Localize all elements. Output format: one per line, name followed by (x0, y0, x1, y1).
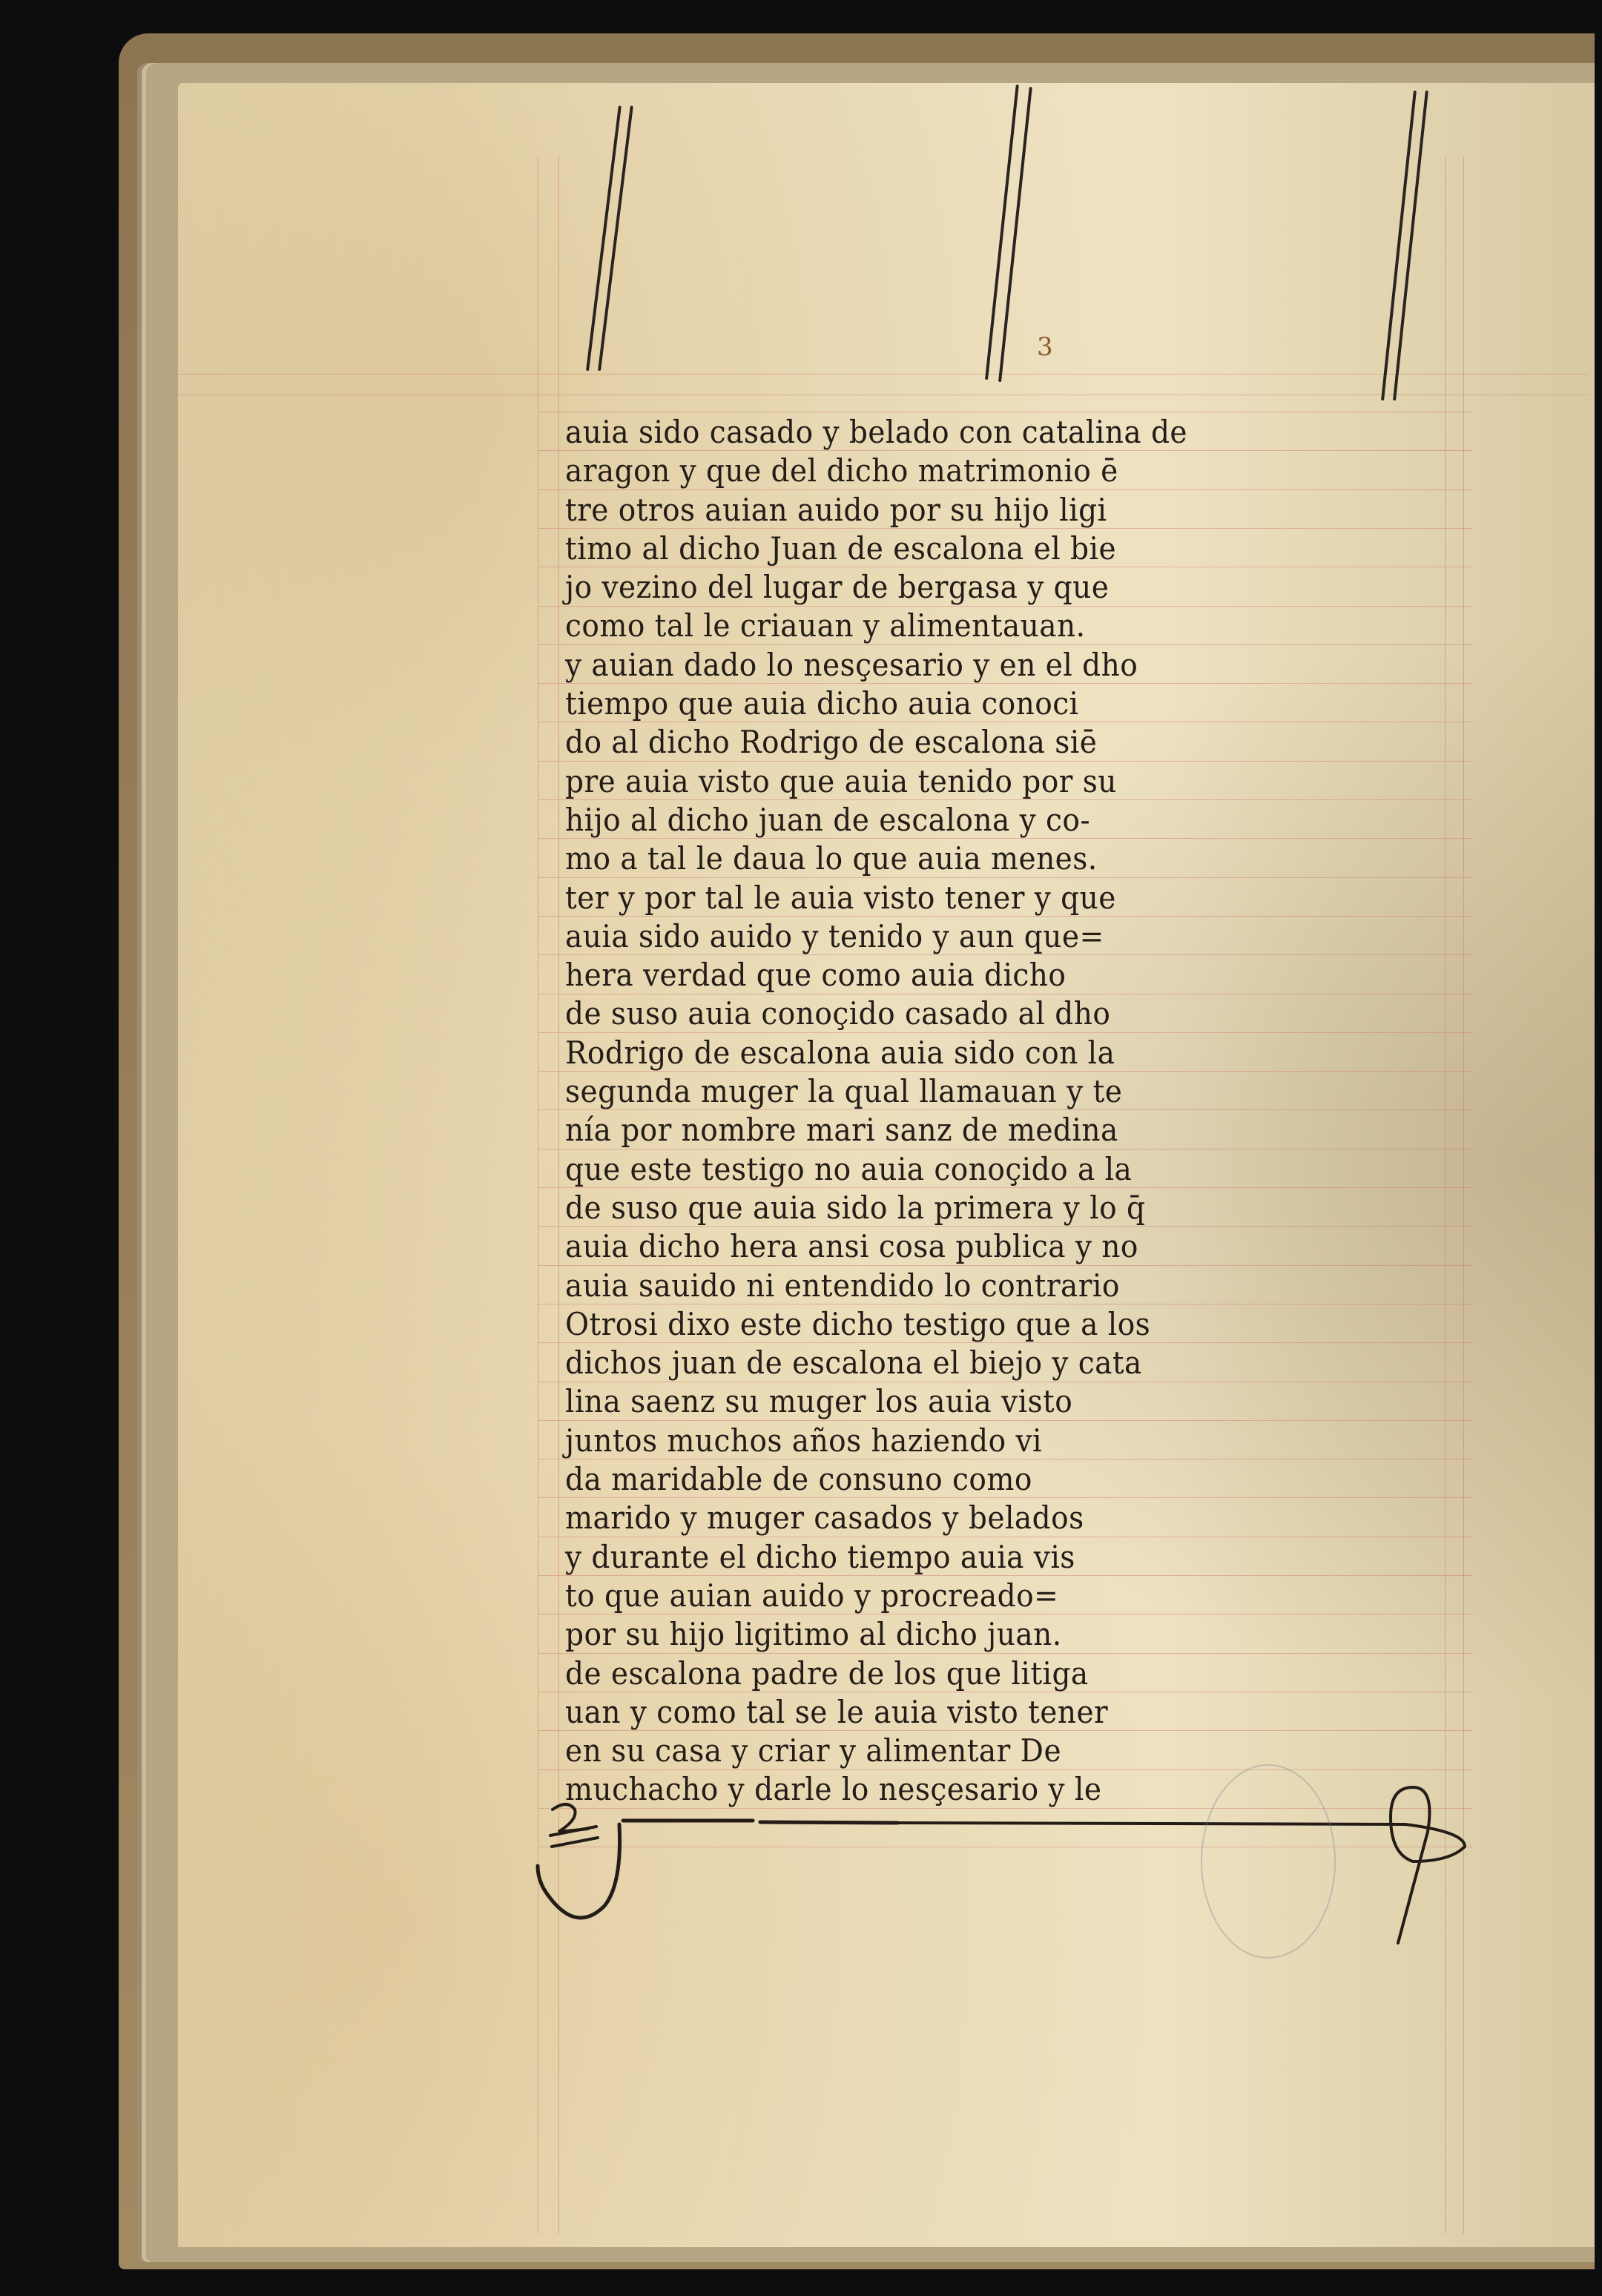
text-line: timo al dicho Juan de escalona el bie (565, 532, 1393, 570)
text-line: auia dicho hera ansi cosa publica y no (565, 1230, 1393, 1268)
text-line: de suso que auia sido la primera y lo q̄ (565, 1191, 1393, 1230)
text-line: tiempo que auia dicho auia conoci (565, 687, 1393, 725)
text-line: por su hijo ligitimo al dicho juan. (565, 1617, 1393, 1656)
text-line: en su casa y criar y alimentar De (565, 1734, 1393, 1772)
ruling-line (538, 1847, 1472, 1847)
text-line: muchacho y darle lo nesçesario y le (565, 1772, 1393, 1811)
text-line: do al dicho Rodrigo de escalona siē (565, 725, 1393, 764)
text-line: da maridable de consuno como (565, 1462, 1393, 1501)
text-line: to que auian auido y procreado= (565, 1579, 1393, 1617)
text-line: que este testigo no auia conoçido a la (565, 1152, 1393, 1191)
text-line: pre auia visto que auia tenido por su (565, 765, 1393, 803)
text-line: lina saenz su muger los auia visto (565, 1385, 1393, 1423)
ruling-line-left-outer (538, 157, 538, 2234)
ruling-line (538, 412, 1472, 412)
text-line: auia sauido ni entendido lo contrario (565, 1269, 1393, 1307)
folio-number: 3 (1037, 332, 1053, 362)
text-line: juntos muchos años haziendo vi (565, 1424, 1393, 1462)
text-line: y auian dado lo nesçesario y en el dho (565, 648, 1393, 687)
text-line: aragon y que del dicho matrimonio ē (565, 454, 1393, 492)
text-line: ter y por tal le auia visto tener y que (565, 881, 1393, 920)
text-line: Rodrigo de escalona auia sido con la (565, 1036, 1393, 1075)
text-line: nía por nombre mari sanz de medina (565, 1113, 1393, 1152)
text-line: marido y muger casados y belados (565, 1501, 1393, 1540)
text-line: como tal le criauan y alimentauan. (565, 609, 1393, 647)
text-line: auia sido auido y tenido y aun que= (565, 920, 1393, 958)
ruling-line-right-outer (1463, 157, 1464, 2234)
text-line: segunda muger la qual llamauan y te (565, 1075, 1393, 1113)
text-line: hera verdad que como auia dicho (565, 958, 1393, 997)
text-line: y durante el dicho tiempo auia vis (565, 1540, 1393, 1579)
text-line: Otrosi dixo este dicho testigo que a los (565, 1307, 1393, 1346)
ruling-line-top-2 (178, 374, 1587, 375)
text-line: auia sido casado y belado con catalina d… (565, 415, 1393, 454)
text-line: dichos juan de escalona el biejo y cata (565, 1346, 1393, 1385)
text-line: jo vezino del lugar de bergasa y que (565, 570, 1393, 609)
text-line: de suso auia conoçido casado al dho (565, 997, 1393, 1035)
manuscript-text: auia sido casado y belado con catalina d… (565, 415, 1455, 1812)
text-line: uan y como tal se le auia visto tener (565, 1695, 1393, 1734)
text-line: hijo al dicho juan de escalona y co- (565, 803, 1393, 842)
text-line: de escalona padre de los que litiga (565, 1657, 1393, 1695)
ruling-line-left-inner (558, 157, 559, 2234)
ruling-line-top (178, 395, 1587, 395)
text-line: mo a tal le daua lo que auia menes. (565, 842, 1393, 880)
text-line: tre otros auian auido por su hijo ligi (565, 493, 1393, 532)
